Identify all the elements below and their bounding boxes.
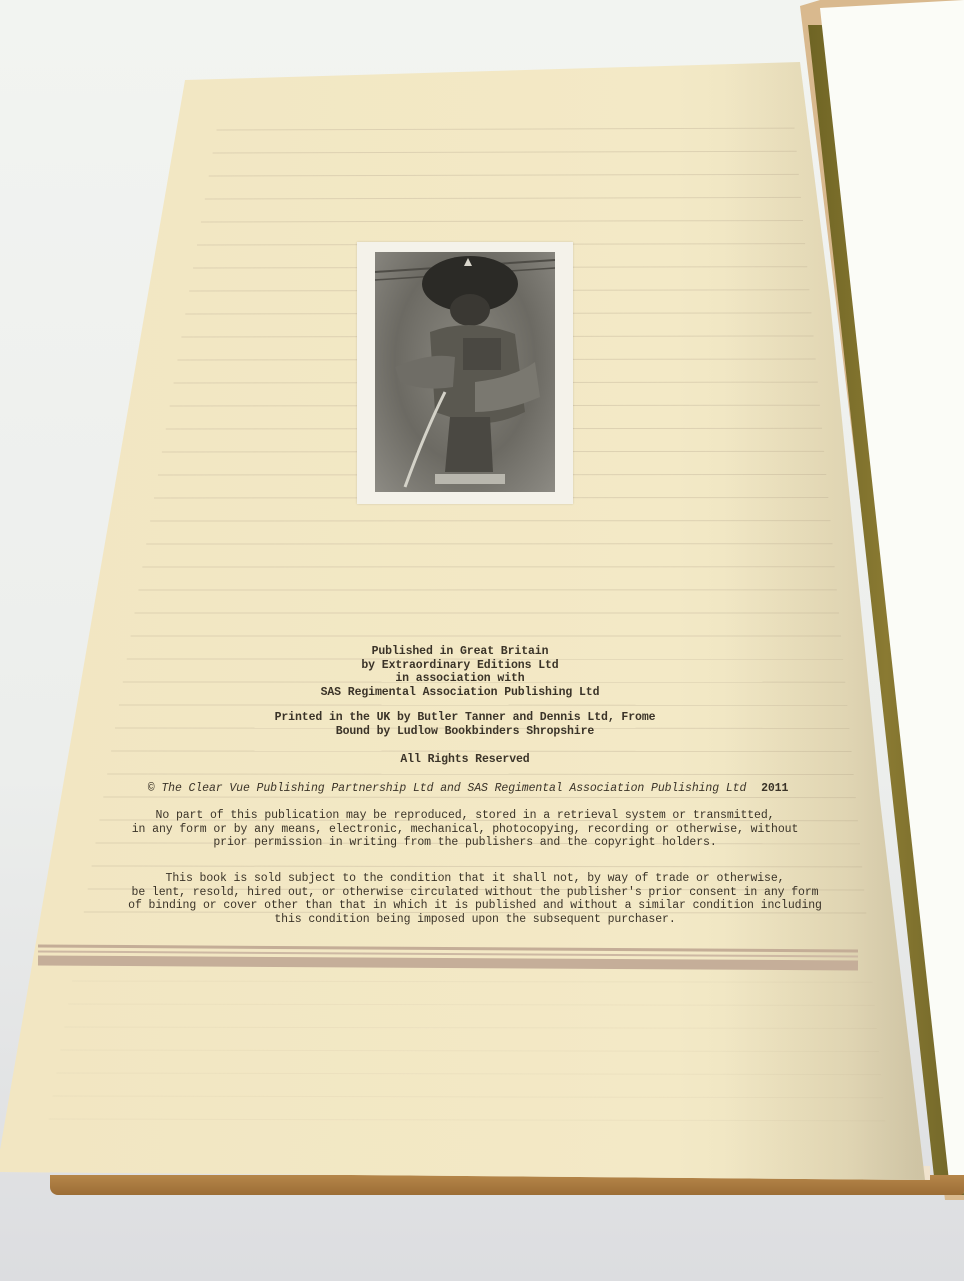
statue-figure-icon	[375, 252, 555, 492]
publisher-line: in association with	[40, 672, 880, 686]
condition-line: This book is sold subject to the conditi…	[45, 872, 905, 886]
condition-line: be lent, resold, hired out, or otherwise…	[45, 886, 905, 900]
photo-frame	[357, 242, 573, 504]
binder-line: Bound by Ludlow Bookbinders Shropshire	[45, 725, 885, 739]
copyright-symbol-icon: ©	[148, 782, 155, 795]
condition-line: of binding or cover other than that in w…	[45, 899, 905, 913]
notice-line: No part of this publication may be repro…	[45, 809, 885, 823]
condition-line: this condition being imposed upon the su…	[45, 913, 905, 927]
notice-line: in any form or by any means, electronic,…	[45, 823, 885, 837]
reproduction-notice: No part of this publication may be repro…	[45, 809, 885, 850]
printer-info: Printed in the UK by Butler Tanner and D…	[45, 711, 885, 738]
sale-condition: This book is sold subject to the conditi…	[45, 872, 905, 926]
publisher-info: Published in Great Britain by Extraordin…	[40, 645, 880, 699]
publisher-line: Published in Great Britain	[40, 645, 880, 659]
publisher-line: SAS Regimental Association Publishing Lt…	[40, 686, 880, 700]
rights-reserved: All Rights Reserved	[45, 753, 885, 767]
photo-image	[375, 252, 555, 492]
printer-line: Printed in the UK by Butler Tanner and D…	[45, 711, 885, 725]
copyright-year: 2011	[761, 782, 788, 795]
rights-text: All Rights Reserved	[45, 753, 885, 767]
publisher-line: by Extraordinary Editions Ltd	[40, 659, 880, 673]
copyright-text: The Clear Vue Publishing Partnership Ltd…	[161, 782, 746, 795]
notice-line: prior permission in writing from the pub…	[45, 836, 885, 850]
copyright-notice: © The Clear Vue Publishing Partnership L…	[48, 782, 888, 796]
page	[0, 0, 964, 1281]
